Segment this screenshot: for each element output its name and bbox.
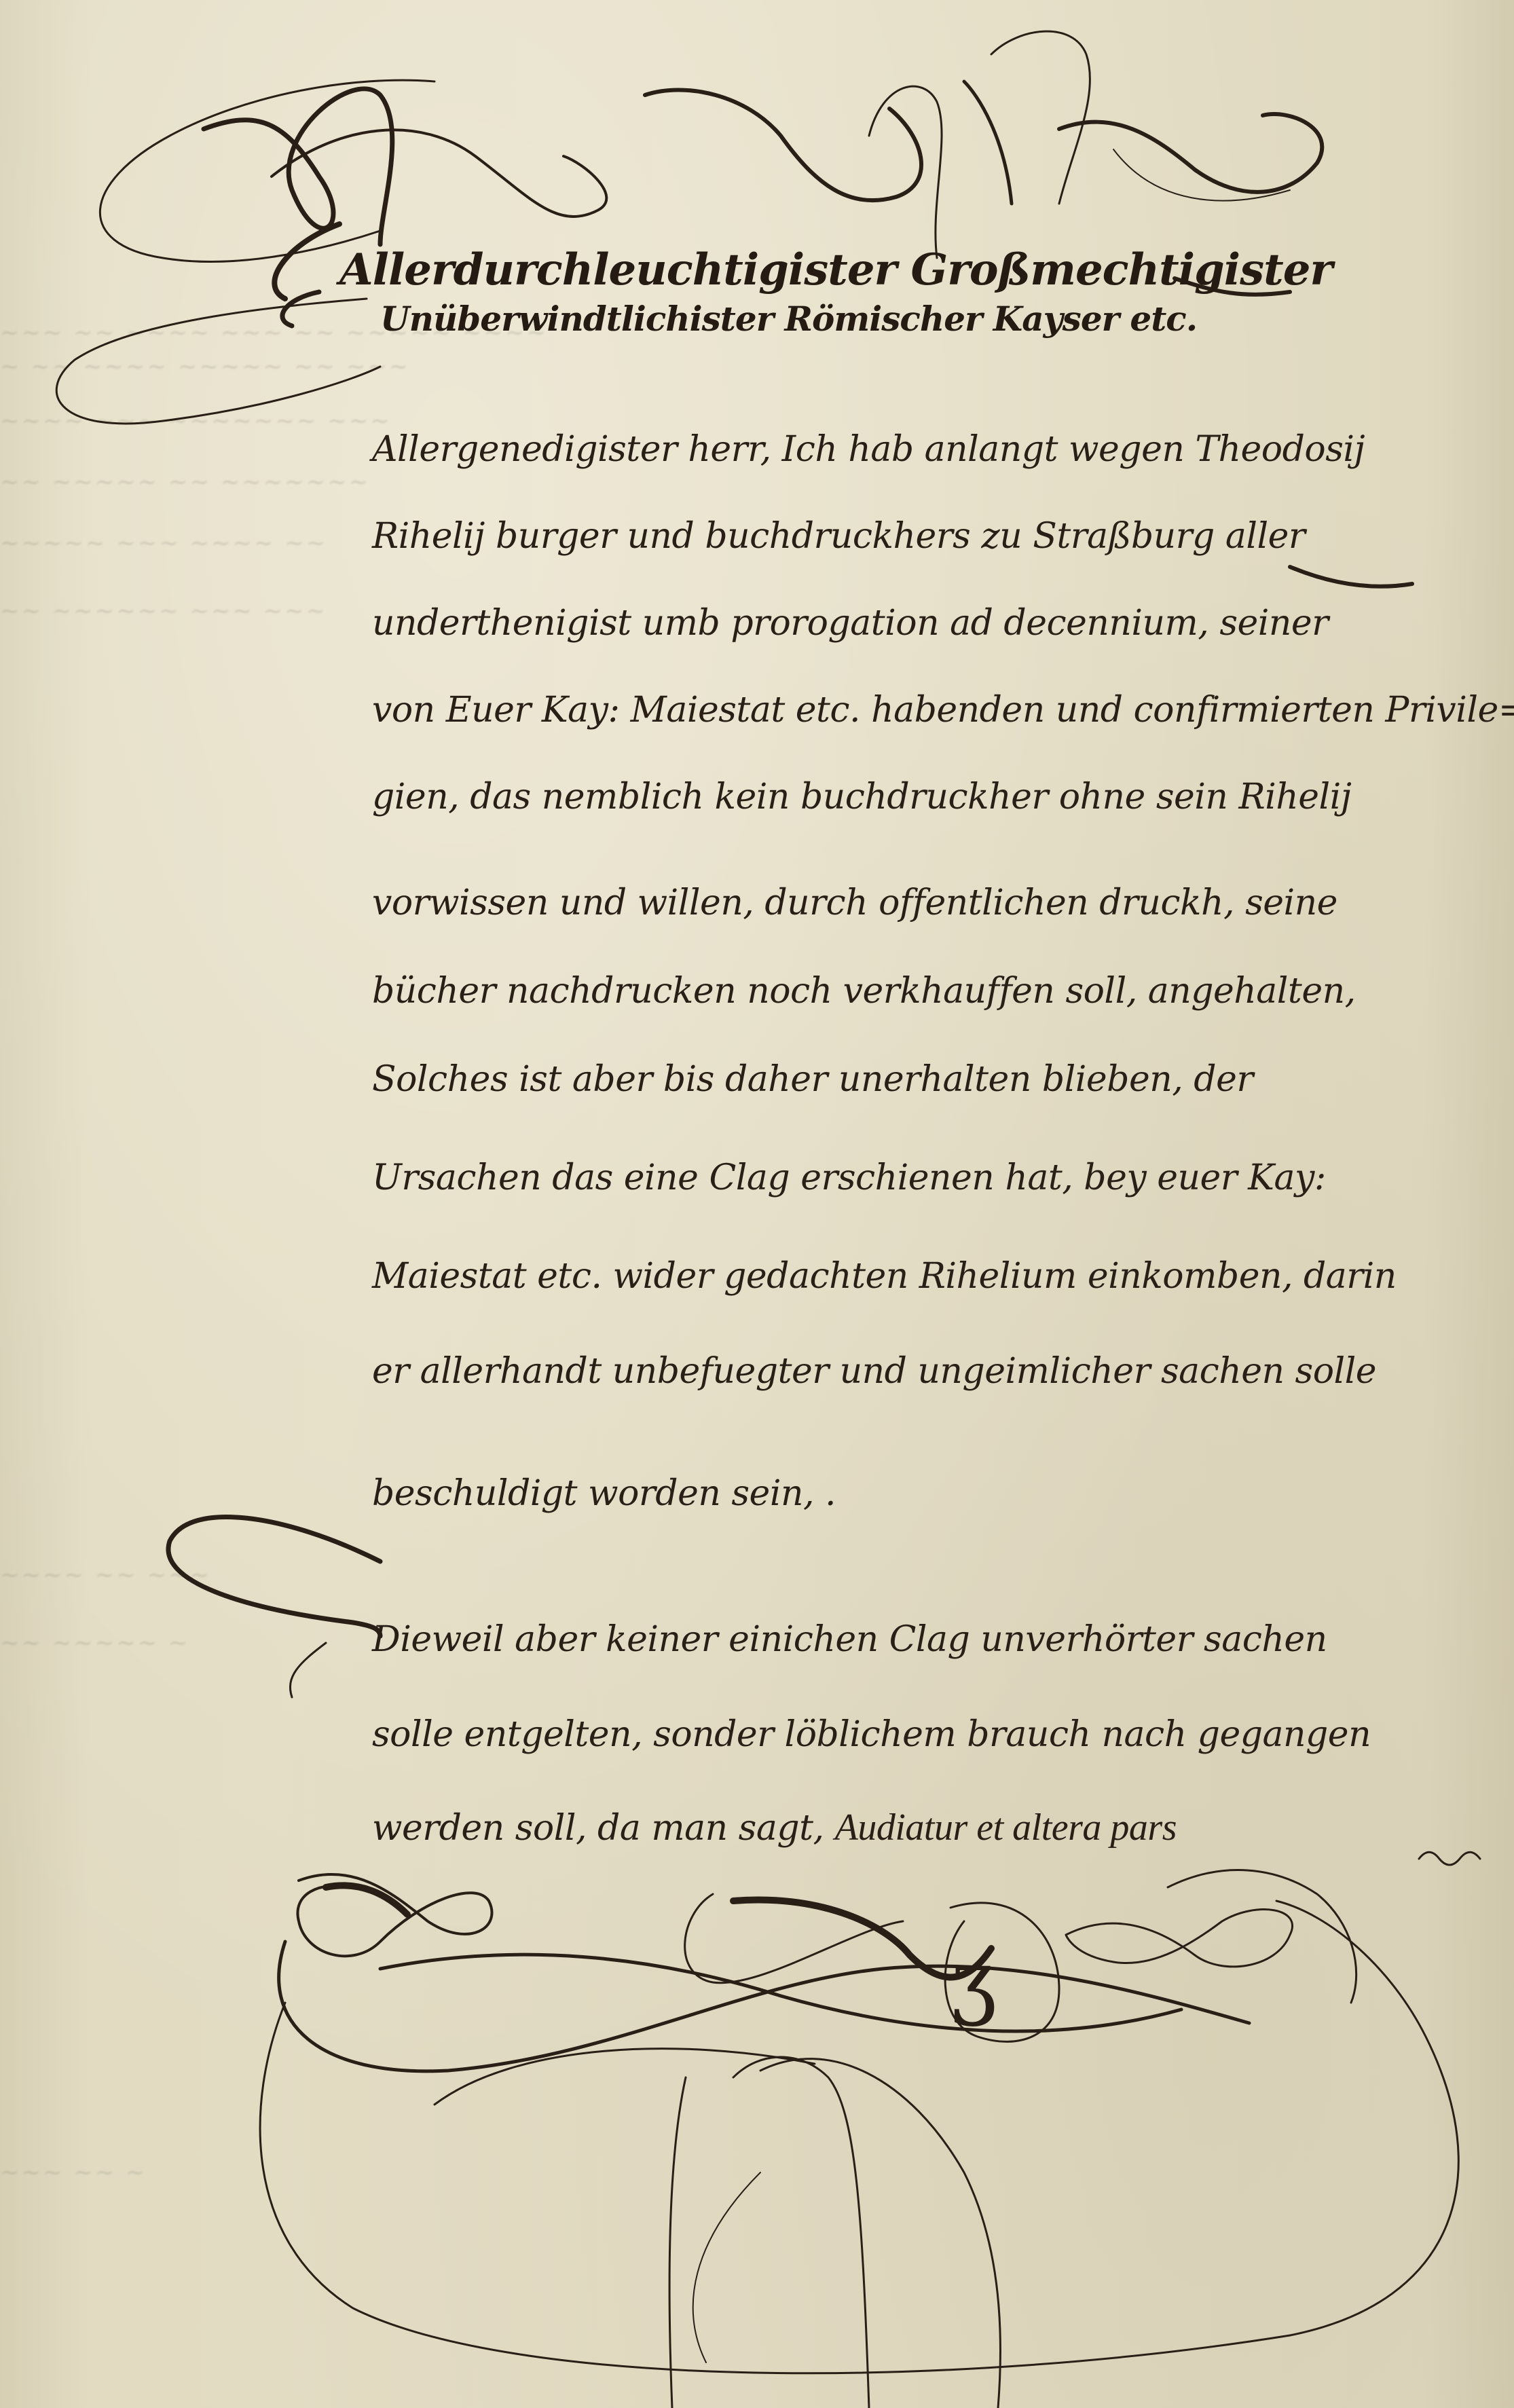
latin-phrase: Audiatur et altera pars bbox=[835, 1807, 1177, 1849]
text-line: solle entgelten, sonder löblichem brauch… bbox=[372, 1714, 1371, 1755]
bleed-through-text: ~~ ~~~~~ ~~ ~~~~~~~ bbox=[0, 468, 370, 496]
salutation-line-1: Allerdurchleuchtigister Großmechtigister bbox=[339, 244, 1332, 295]
bleed-through-text: ~ ~~ ~~~~ ~~~~~ ~~ ~~~ bbox=[0, 353, 410, 380]
text-line: Maiestat etc. wider gedachten Rihelium e… bbox=[372, 1256, 1397, 1297]
text-line: von Euer Kay: Maiestat etc. habenden und… bbox=[372, 690, 1514, 730]
bleed-through-text: ~~ ~~~~~~ ~~~ ~~~ bbox=[0, 597, 327, 625]
text-line: underthenigist umb prorogation ad decenn… bbox=[372, 603, 1329, 644]
bleed-through-text: ~~~~ ~~ ~~~ bbox=[0, 1561, 211, 1589]
salutation-line-2: Unüberwindtlichister Römischer Kayser et… bbox=[380, 299, 1197, 339]
closing-flourish-mark: ʒ bbox=[950, 1940, 997, 2022]
bleed-through-text: ~~~ ~~ ~ bbox=[0, 2159, 147, 2186]
bleed-through-text: ~~~~~ ~~~ ~~~~ ~~ bbox=[0, 530, 327, 557]
text-line: er allerhandt unbefuegter und ungeimlich… bbox=[372, 1351, 1376, 1392]
text-line: Allergenedigister herr, Ich hab anlangt … bbox=[372, 429, 1365, 470]
text-line: Ursachen das eine Clag erschienen hat, b… bbox=[372, 1157, 1326, 1198]
text-line: gien, das nemblich kein buchdruckher ohn… bbox=[372, 777, 1351, 817]
text-line: beschuldigt worden sein, . bbox=[372, 1473, 836, 1514]
text-line: bücher nachdrucken noch verkhauffen soll… bbox=[372, 971, 1356, 1012]
text-line: Solches ist aber bis daher unerhalten bl… bbox=[372, 1059, 1253, 1100]
text-line: werden soll, da man sagt, Audiatur et al… bbox=[372, 1806, 1177, 1849]
text-line: Rihelij burger und buchdruckhers zu Stra… bbox=[372, 516, 1305, 557]
manuscript-page: ~~~ ~~ ~~~~ ~~~ ~~ ~~~~~ ~~~~ ~ ~~ ~~~~ … bbox=[0, 0, 1514, 2408]
bleed-through-text: ~~ ~~~~~ ~ bbox=[0, 1629, 190, 1656]
bleed-through-text: ~~~~ ~~~ ~~~~~~~ ~~~ bbox=[0, 407, 392, 434]
text-line: Dieweil aber keiner einichen Clag unverh… bbox=[372, 1619, 1327, 1660]
text-line-main: werden soll, da man sagt, bbox=[372, 1808, 835, 1849]
text-line: vorwissen und willen, durch offentlichen… bbox=[372, 883, 1337, 923]
